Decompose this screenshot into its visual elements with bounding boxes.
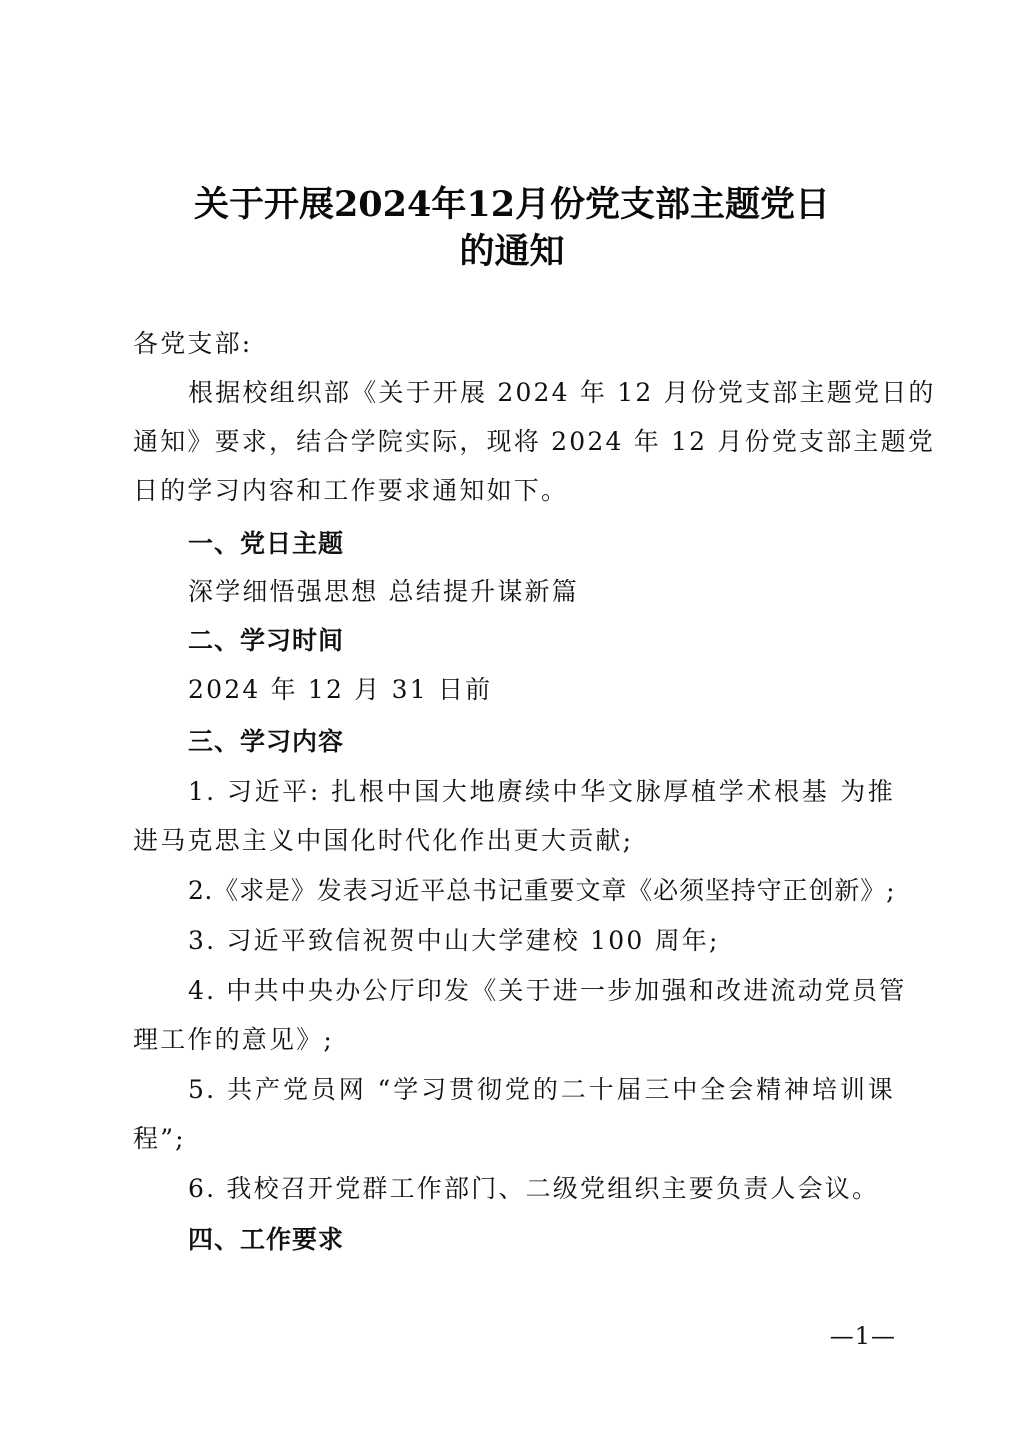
- study-item-1-line-2: 进马克思主义中国化时代化作出更大贡献;: [133, 824, 633, 858]
- intro-line-2: 通知》要求，结合学院实际，现将 2024 年 12 月份党支部主题党: [133, 425, 895, 459]
- salutation: 各党支部:: [133, 327, 252, 361]
- section-heading-content: 三、学习内容: [188, 725, 344, 759]
- section-heading-requirements: 四、工作要求: [188, 1223, 344, 1257]
- study-item-2: 2.《求是》发表习近平总书记重要文章《必须坚持守正创新》;: [188, 874, 895, 908]
- study-item-5-line-1: 5. 共产党员网 “学习贯彻党的二十届三中全会精神培训课: [188, 1073, 895, 1107]
- intro-line-1: 根据校组织部《关于开展 2024 年 12 月份党支部主题党日的: [188, 376, 895, 410]
- study-item-1-line-1: 1. 习近平: 扎根中国大地赓续中华文脉厚植学术根基 为推: [188, 775, 895, 809]
- study-item-6: 6. 我校召开党群工作部门、二级党组织主要负责人会议。: [188, 1172, 879, 1206]
- section-content-time: 2024 年 12 月 31 日前: [188, 673, 492, 707]
- section-heading-theme: 一、党日主题: [188, 527, 344, 561]
- section-content-theme: 深学细悟强思想 总结提升谋新篇: [188, 575, 579, 609]
- document-title-line-1: 关于开展2024年12月份党支部主题党日: [0, 183, 1024, 227]
- section-heading-time: 二、学习时间: [188, 624, 344, 658]
- study-item-4-line-1: 4. 中共中央办公厅印发《关于进一步加强和改进流动党员管: [188, 974, 895, 1008]
- document-page: 关于开展2024年12月份党支部主题党日 的通知 各党支部: 根据校组织部《关于…: [0, 0, 1024, 1448]
- study-item-5-line-2: 程”;: [133, 1122, 186, 1156]
- document-title-line-2: 的通知: [0, 230, 1024, 274]
- page-number: —1—: [830, 1322, 896, 1350]
- study-item-3: 3. 习近平致信祝贺中山大学建校 100 周年;: [188, 924, 720, 958]
- study-item-4-line-2: 理工作的意见》;: [133, 1023, 334, 1057]
- intro-line-3: 日的学习内容和工作要求通知如下。: [133, 474, 568, 508]
